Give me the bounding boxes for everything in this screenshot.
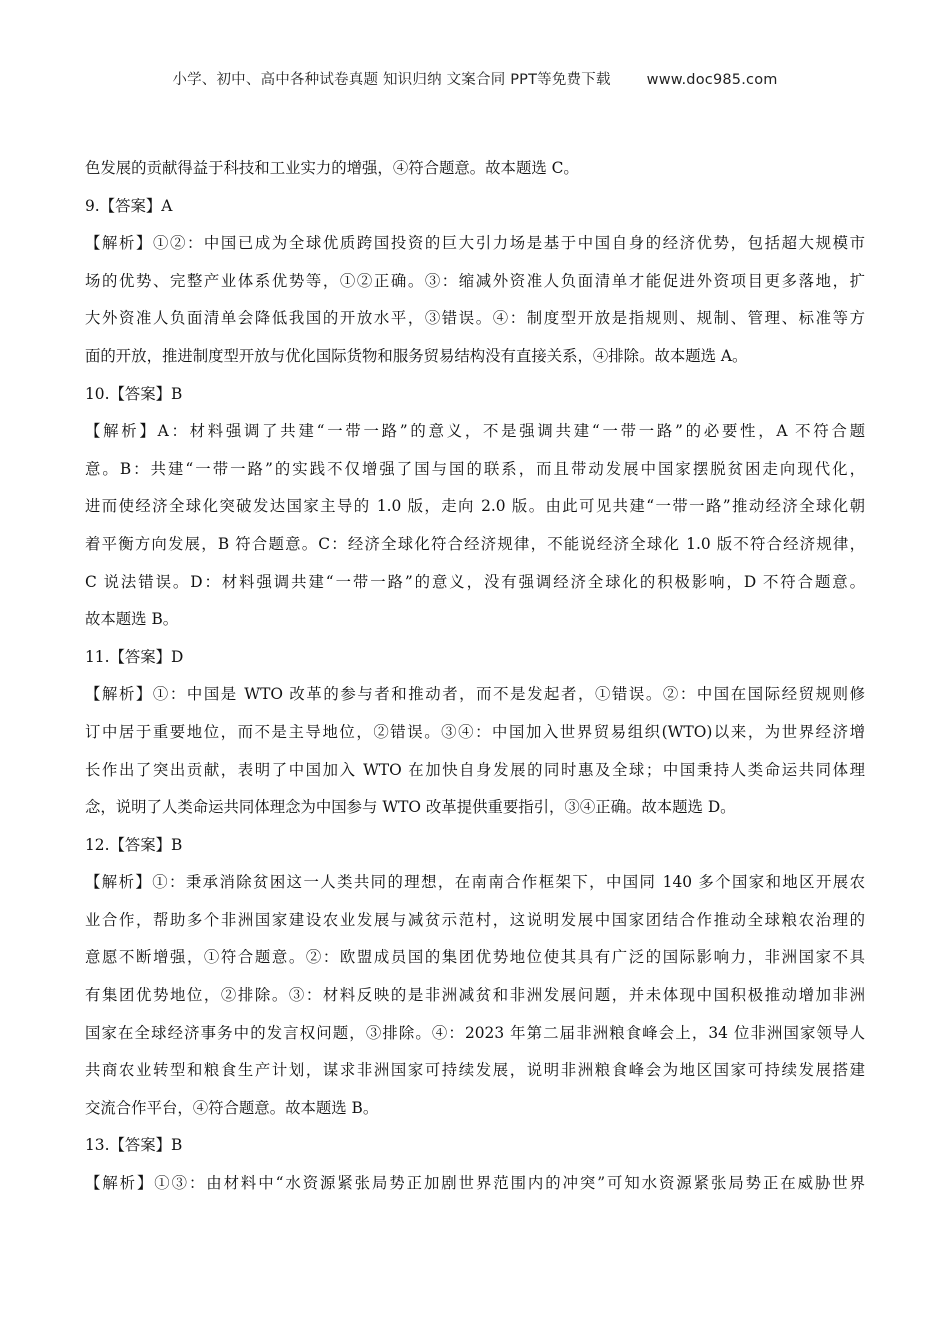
analysis-line: 故本题选 B。 [85, 607, 865, 645]
answer-line: 9.【答案】A [85, 194, 865, 232]
analysis-line: 业合作，帮助多个非洲国家建设农业发展与减贫示范村，这说明发展中国家团结合作推动全… [85, 908, 865, 946]
analysis-line: 色发展的贡献得益于科技和工业实力的增强，④符合题意。故本题选 C。 [85, 156, 865, 194]
header-site-link[interactable]: www.doc985.com [647, 72, 778, 88]
analysis-line: 【解析】A：材料强调了共建“一带一路”的意义，不是强调共建“一带一路”的必要性，… [85, 419, 865, 457]
answer-line: 11.【答案】D [85, 645, 865, 683]
analysis-line: 场的优势、完整产业体系优势等，①②正确。③：缩减外资准人负面清单才能促进外资项目… [85, 269, 865, 307]
analysis-line: 念，说明了人类命运共同体理念为中国参与 WTO 改革提供重要指引，③④正确。故本… [85, 795, 865, 833]
analysis-line: 大外资准人负面清单会降低我国的开放水平，③错误。④：制度型开放是指规则、规制、管… [85, 306, 865, 344]
analysis-line: 交流合作平台，④符合题意。故本题选 B。 [85, 1096, 865, 1134]
answer-line: 13.【答案】B [85, 1133, 865, 1171]
analysis-line: C 说法错误。D：材料强调共建“一带一路”的意义，没有强调经济全球化的积极影响，… [85, 570, 865, 608]
analysis-line: 【解析】①③：由材料中“水资源紧张局势正加剧世界范围内的冲突”可知水资源紧张局势… [85, 1171, 865, 1209]
analysis-line: 国家在全球经济事务中的发言权问题，③排除。④：2023 年第二届非洲粮食峰会上，… [85, 1021, 865, 1059]
analysis-line: 进而使经济全球化突破发达国家主导的 1.0 版，走向 2.0 版。由此可见共建“… [85, 494, 865, 532]
document-body: 色发展的贡献得益于科技和工业实力的增强，④符合题意。故本题选 C。9.【答案】A… [85, 156, 865, 1209]
analysis-line: 【解析】①：中国是 WTO 改革的参与者和推动者，而不是发起者，①错误。②：中国… [85, 682, 865, 720]
analysis-line: 有集团优势地位，②排除。③：材料反映的是非洲减贫和非洲发展问题，并未体现中国积极… [85, 983, 865, 1021]
answer-line: 10.【答案】B [85, 382, 865, 420]
analysis-line: 意愿不断增强，①符合题意。②：欧盟成员国的集团优势地位使其具有广泛的国际影响力，… [85, 945, 865, 983]
analysis-line: 长作出了突出贡献，表明了中国加入 WTO 在加快自身发展的同时惠及全球；中国秉持… [85, 758, 865, 796]
analysis-line: 【解析】①：秉承消除贫困这一人类共同的理想，在南南合作框架下，中国同 140 多… [85, 870, 865, 908]
analysis-line: 【解析】①②：中国已成为全球优质跨国投资的巨大引力场是基于中国自身的经济优势，包… [85, 231, 865, 269]
analysis-line: 订中居于重要地位，而不是主导地位，②错误。③④：中国加入世界贸易组织(WTO)以… [85, 720, 865, 758]
analysis-line: 面的开放，推进制度型开放与优化国际货物和服务贸易结构没有直接关系，④排除。故本题… [85, 344, 865, 382]
page-header: 小学、初中、高中各种试卷真题 知识归纳 文案合同 PPT等免费下载www.doc… [0, 68, 950, 89]
analysis-line: 共商农业转型和粮食生产计划，谋求非洲国家可持续发展，说明非洲粮食峰会为地区国家可… [85, 1058, 865, 1096]
analysis-line: 着平衡方向发展，B 符合题意。C：经济全球化符合经济规律，不能说经济全球化 1.… [85, 532, 865, 570]
header-banner-text: 小学、初中、高中各种试卷真题 知识归纳 文案合同 PPT等免费下载 [172, 72, 610, 88]
analysis-line: 意。B：共建“一带一路”的实践不仅增强了国与国的联系，而且带动发展中国家摆脱贫困… [85, 457, 865, 495]
answer-line: 12.【答案】B [85, 833, 865, 871]
